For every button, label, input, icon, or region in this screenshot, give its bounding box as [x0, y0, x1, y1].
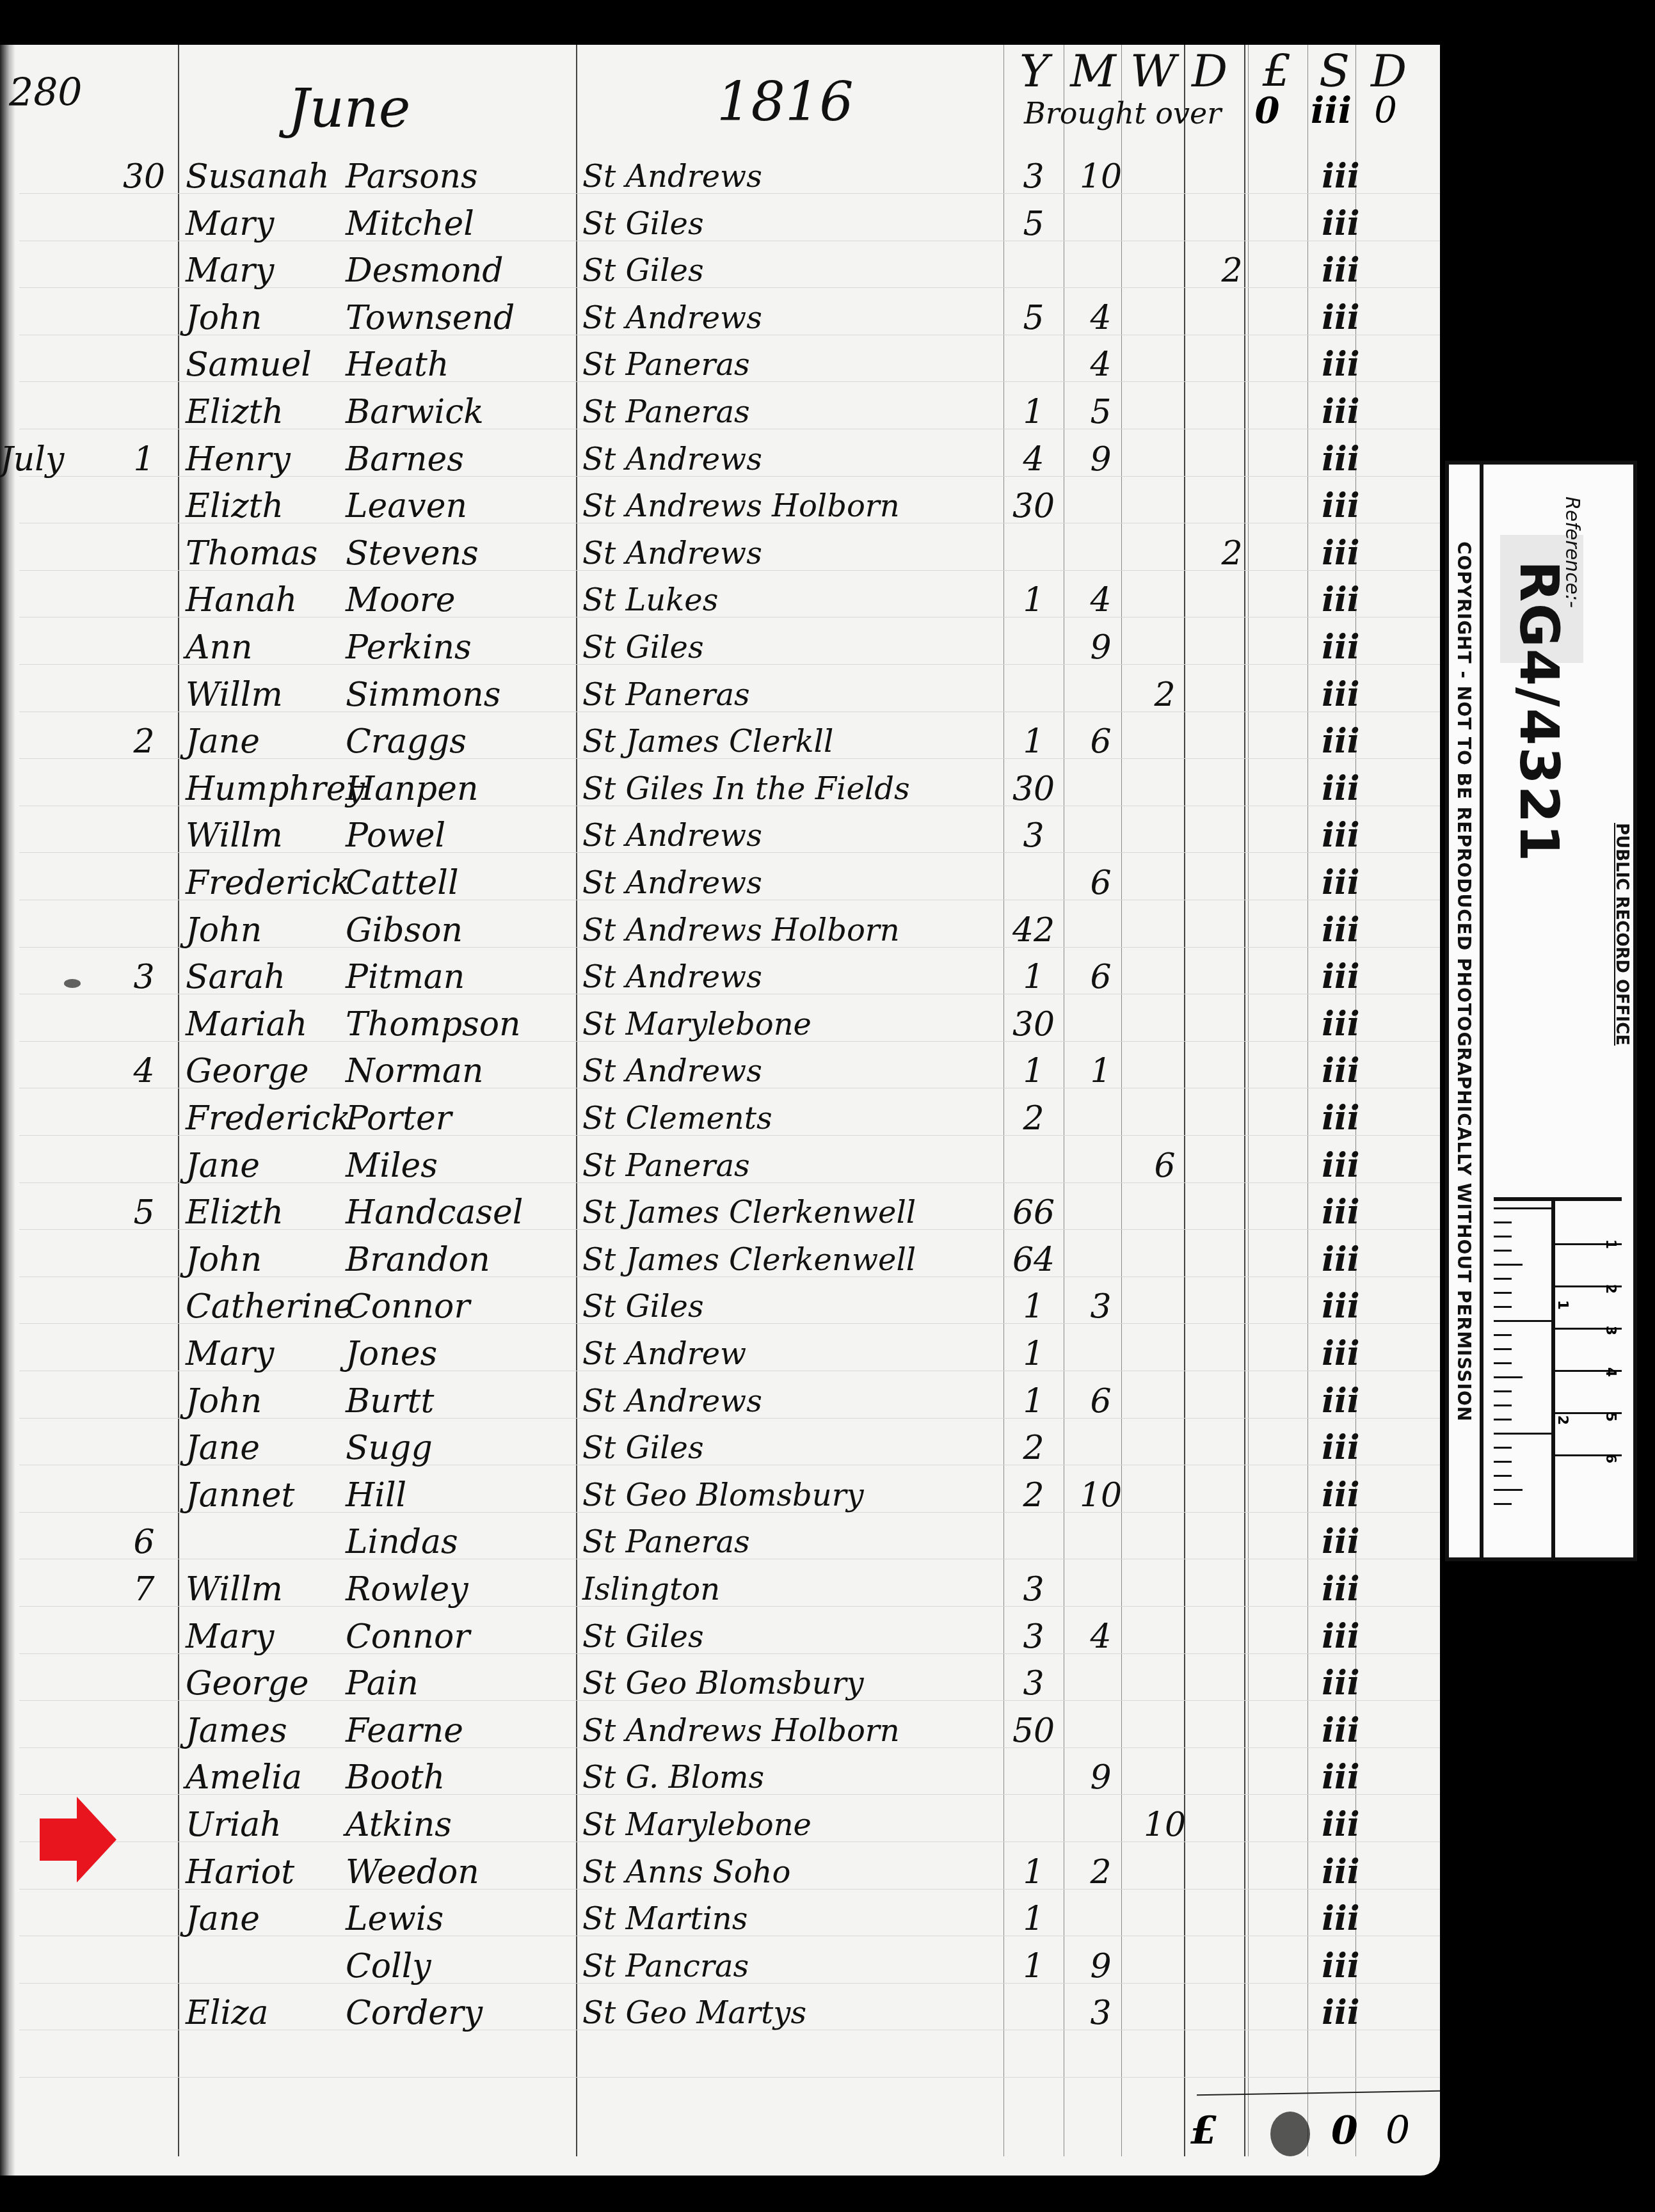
entry-age-years: 1: [998, 388, 1069, 436]
entry-row: JaneLewisSt Martins1iii: [0, 1895, 1440, 1943]
ink-spot: [64, 979, 81, 988]
entry-day: 3: [115, 953, 173, 1001]
entry-surname: Connor: [346, 1282, 576, 1331]
entry-surname: Mitchel: [346, 200, 576, 248]
entry-age-years: 42: [998, 906, 1069, 955]
ruler-tick: [1494, 1292, 1512, 1294]
entry-surname: Desmond: [346, 246, 576, 295]
entry-first-name: Hariot: [186, 1848, 352, 1897]
entry-surname: Fearne: [346, 1707, 576, 1755]
entry-age-months: 9: [1069, 1753, 1133, 1802]
entry-fee-shillings: iii: [1299, 811, 1382, 860]
entry-parish: St Giles: [582, 200, 979, 248]
entry-first-name: Jane: [186, 1424, 352, 1472]
entry-age-years: 2: [998, 1094, 1069, 1143]
entry-fee-shillings: iii: [1299, 294, 1382, 342]
entry-first-name: Ann: [186, 623, 352, 672]
ruler-cm-5: 5: [1603, 1412, 1619, 1422]
brought-over-label: Brought over: [1024, 96, 1221, 131]
entry-surname: Cordery: [346, 1989, 576, 2037]
entry-row: JamesFearneSt Andrews Holborn50iii: [0, 1707, 1440, 1755]
ruler-tick: [1494, 1376, 1523, 1378]
entry-day: 30: [115, 152, 173, 201]
entry-first-name: Willm: [186, 671, 352, 719]
entry-parish: St Geo Blomsbury: [582, 1659, 979, 1708]
ruler-tick: [1494, 1334, 1512, 1336]
entry-parish: St Andrews: [582, 294, 979, 342]
entry-row: 4GeorgeNormanSt Andrews11iii: [0, 1047, 1440, 1095]
ruler-tick: [1494, 1236, 1512, 1237]
entry-first-name: Elizth: [186, 482, 352, 530]
entry-row: July1HenryBarnesSt Andrews49iii: [0, 435, 1440, 484]
entry-parish: St Marylebone: [582, 1000, 979, 1049]
entry-fee-shillings: iii: [1299, 1471, 1382, 1520]
entry-surname: Craggs: [346, 717, 576, 766]
entry-parish: St Andrew: [582, 1330, 979, 1378]
entry-age-years: 1: [998, 1377, 1069, 1426]
highlighted-entry-row: AmeliaBoothSt G. Bloms9iii: [0, 1753, 1440, 1802]
total-pence: 0: [1386, 2108, 1410, 2153]
entry-surname: Weedon: [346, 1848, 576, 1897]
entry-first-name: Mary: [186, 1612, 352, 1661]
entry-age-months: 4: [1069, 576, 1133, 625]
entry-row: ElizaCorderySt Geo Martys3iii: [0, 1989, 1440, 2037]
entry-first-name: Susanah: [186, 152, 352, 201]
entry-parish: St Andrews: [582, 1377, 979, 1426]
entry-parish: St Andrews: [582, 953, 979, 1001]
entry-first-name: Jane: [186, 1895, 352, 1943]
entry-first-name: John: [186, 1236, 352, 1284]
entry-parish: St Andrews Holborn: [582, 1707, 979, 1755]
ruler-tick: [1494, 1489, 1523, 1491]
entry-first-name: Eliza: [186, 1989, 352, 2037]
entry-surname: Lindas: [346, 1518, 576, 1566]
month-heading: June: [288, 77, 411, 139]
entry-age-months: 9: [1069, 435, 1133, 484]
reference-code: RG4/4321: [1508, 561, 1571, 863]
entry-parish: St Paneras: [582, 340, 979, 389]
entry-surname: Simmons: [346, 671, 576, 719]
entry-fee-shillings: iii: [1299, 765, 1382, 813]
total-pounds-symbol: £: [1190, 2108, 1217, 2153]
public-record-office-label: PUBLIC RECORD OFFICE: [1612, 823, 1631, 1046]
entry-first-name: John: [186, 1377, 352, 1426]
entry-fee-shillings: iii: [1299, 1424, 1382, 1472]
year-heading: 1816: [717, 70, 854, 133]
entry-row: FrederickPorterSt Clements2iii: [0, 1094, 1440, 1143]
entry-fee-shillings: iii: [1299, 1895, 1382, 1943]
entry-age-months: 6: [1069, 717, 1133, 766]
entry-fee-shillings: iii: [1299, 671, 1382, 719]
entry-parish: St Anns Soho: [582, 1848, 979, 1897]
entry-row: CatherineConnorSt Giles13iii: [0, 1282, 1440, 1331]
entry-parish: St James Clerkenwell: [582, 1188, 979, 1237]
entry-parish: St Andrews: [582, 529, 979, 578]
entry-parish: St James Clerkenwell: [582, 1236, 979, 1284]
page-number: 280: [9, 70, 83, 115]
entry-age-years: 1: [998, 576, 1069, 625]
entry-fee-shillings: iii: [1299, 1612, 1382, 1661]
entry-first-name: Jane: [186, 717, 352, 766]
entry-surname: Sugg: [346, 1424, 576, 1472]
measurement-ruler: 1 2 1 2 3 4 5 6: [1494, 1197, 1622, 1559]
entry-parish: St Andrews: [582, 859, 979, 907]
entry-age-years: 64: [998, 1236, 1069, 1284]
ruler-tick: [1494, 1306, 1512, 1308]
entry-age-years: 1: [998, 1942, 1069, 1991]
entry-age-months: 6: [1069, 1377, 1133, 1426]
entry-surname: Moore: [346, 576, 576, 625]
entry-surname: Powel: [346, 811, 576, 860]
entry-surname: Barwick: [346, 388, 576, 436]
entry-age-years: 30: [998, 765, 1069, 813]
entry-surname: Thompson: [346, 1000, 576, 1049]
entry-fee-shillings: iii: [1299, 1753, 1382, 1802]
entry-day: 1: [115, 435, 173, 484]
entry-parish: St Giles: [582, 1282, 979, 1331]
entry-parish: St Geo Blomsbury: [582, 1471, 979, 1520]
entry-fee-shillings: iii: [1299, 906, 1382, 955]
entry-parish: Islington: [582, 1565, 979, 1614]
ruler-tick: [1494, 1278, 1512, 1280]
entry-surname: Jones: [346, 1330, 576, 1378]
reference-strip: Reference:- RG4/4321 PUBLIC RECORD OFFIC…: [1445, 461, 1637, 1561]
entry-fee-shillings: iii: [1299, 1047, 1382, 1095]
entry-first-name: Mary: [186, 200, 352, 248]
entry-age-months: 6: [1069, 953, 1133, 1001]
entry-surname: Handcasel: [346, 1188, 576, 1237]
entry-row: CollySt Pancras19iii: [0, 1942, 1440, 1991]
ruler-tick: [1494, 1207, 1551, 1209]
entry-parish: St Giles In the Fields: [582, 765, 979, 813]
entry-row: WillmSimmonsSt Paneras2iii: [0, 671, 1440, 719]
entry-parish: St Andrews: [582, 435, 979, 484]
entry-fee-shillings: iii: [1299, 1188, 1382, 1237]
entry-row: ElizthBarwickSt Paneras15iii: [0, 388, 1440, 436]
entry-age-days: 2: [1197, 529, 1267, 578]
entry-first-name: Willm: [186, 1565, 352, 1614]
entry-surname: Hanpen: [346, 765, 576, 813]
entry-row: 6LindasSt Panerasiii: [0, 1518, 1440, 1566]
entry-fee-shillings: iii: [1299, 152, 1382, 201]
ledger-page: 280 June 1816 Y M W D £ S D Brought over…: [0, 45, 1440, 2176]
entry-row: ElizthLeavenSt Andrews Holborn30iii: [0, 482, 1440, 530]
entry-fee-shillings: iii: [1299, 246, 1382, 295]
entry-fee-shillings: iii: [1299, 1282, 1382, 1331]
entry-age-years: 1: [998, 1895, 1069, 1943]
entry-surname: Stevens: [346, 529, 576, 578]
entry-surname: Pain: [346, 1659, 576, 1708]
entry-age-months: 10: [1069, 1471, 1133, 1520]
entry-surname: Leaven: [346, 482, 576, 530]
entry-age-months: 2: [1069, 1848, 1133, 1897]
entry-fee-shillings: iii: [1299, 482, 1382, 530]
entry-row: 3SarahPitmanSt Andrews16iii: [0, 953, 1440, 1001]
entry-age-days: 2: [1197, 246, 1267, 295]
entry-first-name: Jannet: [186, 1471, 352, 1520]
entry-first-name: Willm: [186, 811, 352, 860]
entry-row: MaryConnorSt Giles34iii: [0, 1612, 1440, 1661]
total-rule: [1197, 2090, 1440, 2096]
entry-row: JohnTownsendSt Andrews54iii: [0, 294, 1440, 342]
brought-over-pence: 0: [1347, 90, 1424, 131]
entry-parish: St Paneras: [582, 1142, 979, 1190]
ruler-tick: [1494, 1404, 1512, 1406]
entry-age-months: 3: [1069, 1282, 1133, 1331]
entry-surname: Porter: [346, 1094, 576, 1143]
entry-row: 2JaneCraggsSt James Clerkll16iii: [0, 717, 1440, 766]
entry-parish: St Andrews: [582, 1047, 979, 1095]
entry-row: WillmPowelSt Andrews3iii: [0, 811, 1440, 860]
entry-age-years: 30: [998, 482, 1069, 530]
entry-row: GeorgePainSt Geo Blomsbury3iii: [0, 1659, 1440, 1708]
entry-age-years: 2: [998, 1471, 1069, 1520]
entry-fee-shillings: iii: [1299, 859, 1382, 907]
ruler-tick: [1494, 1348, 1512, 1350]
entry-day: 7: [115, 1565, 173, 1614]
entry-parish: St Andrews: [582, 152, 979, 201]
entry-surname: Townsend: [346, 294, 576, 342]
strip-border: [1480, 465, 1483, 1557]
entry-age-weeks: 10: [1133, 1801, 1197, 1849]
entry-parish: St Lukes: [582, 576, 979, 625]
entry-fee-shillings: iii: [1299, 1659, 1382, 1708]
entry-row: JohnBrandonSt James Clerkenwell64iii: [0, 1236, 1440, 1284]
entry-fee-shillings: iii: [1299, 1236, 1382, 1284]
entry-parish: St Andrews Holborn: [582, 906, 979, 955]
entry-fee-shillings: iii: [1299, 1942, 1382, 1991]
entry-day: 5: [115, 1188, 173, 1237]
entry-age-years: 1: [998, 717, 1069, 766]
entry-row: JaneMilesSt Paneras6iii: [0, 1142, 1440, 1190]
entry-row: JaneSuggSt Giles2iii: [0, 1424, 1440, 1472]
ruling-line: [19, 2077, 1440, 2078]
entry-fee-shillings: iii: [1299, 529, 1382, 578]
entry-row: HariotWeedonSt Anns Soho12iii: [0, 1848, 1440, 1897]
entry-fee-shillings: iii: [1299, 1518, 1382, 1566]
entry-surname: Gibson: [346, 906, 576, 955]
entry-surname: Colly: [346, 1942, 576, 1991]
entry-first-name: Samuel: [186, 340, 352, 389]
entry-parish: St Geo Martys: [582, 1989, 979, 2037]
entry-parish: St Giles: [582, 1612, 979, 1661]
entry-age-years: 3: [998, 1565, 1069, 1614]
entry-age-years: 30: [998, 1000, 1069, 1049]
entry-parish: St Marylebone: [582, 1801, 979, 1849]
ruler-tick: [1494, 1447, 1512, 1449]
entry-age-months: 4: [1069, 1612, 1133, 1661]
entry-age-months: 1: [1069, 1047, 1133, 1095]
entry-parish: St Giles: [582, 246, 979, 295]
entry-age-years: 50: [998, 1707, 1069, 1755]
entry-row: 5ElizthHandcaselSt James Clerkenwell66ii…: [0, 1188, 1440, 1237]
entry-surname: Perkins: [346, 623, 576, 672]
ruler-tick: [1494, 1419, 1512, 1420]
entry-row: MaryMitchelSt Giles5iii: [0, 200, 1440, 248]
entry-row: AnnPerkinsSt Giles9iii: [0, 623, 1440, 672]
entry-row: UriahAtkinsSt Marylebone10iii: [0, 1801, 1440, 1849]
entry-fee-shillings: iii: [1299, 953, 1382, 1001]
entry-age-years: 3: [998, 152, 1069, 201]
entry-first-name: John: [186, 906, 352, 955]
red-arrow-icon: [40, 1797, 142, 1882]
entry-row: FrederickCattellSt Andrews6iii: [0, 859, 1440, 907]
entry-age-years: 3: [998, 1612, 1069, 1661]
entry-age-years: 2: [998, 1424, 1069, 1472]
entry-first-name: Mariah: [186, 1000, 352, 1049]
entry-first-name: Uriah: [186, 1801, 352, 1849]
ruler-cm-4: 4: [1603, 1367, 1619, 1377]
entry-surname: Barnes: [346, 435, 576, 484]
entry-age-years: 1: [998, 1330, 1069, 1378]
entry-parish: St Paneras: [582, 1518, 979, 1566]
entry-age-months: 4: [1069, 340, 1133, 389]
ruler-tick: [1494, 1320, 1551, 1322]
entry-age-weeks: 2: [1133, 671, 1197, 719]
entry-age-weeks: 6: [1133, 1142, 1197, 1190]
entry-fee-shillings: iii: [1299, 1000, 1382, 1049]
entry-row: JohnGibsonSt Andrews Holborn42iii: [0, 906, 1440, 955]
entry-age-years: 4: [998, 435, 1069, 484]
entry-parish: St Andrews Holborn: [582, 482, 979, 530]
ruler-cm-2: 2: [1603, 1284, 1619, 1294]
entry-parish: St Martins: [582, 1895, 979, 1943]
entry-row: JannetHillSt Geo Blomsbury210iii: [0, 1471, 1440, 1520]
total-shillings: 0: [1331, 2108, 1358, 2153]
entry-day: 2: [115, 717, 173, 766]
entry-fee-shillings: iii: [1299, 623, 1382, 672]
entry-parish: St Giles: [582, 1424, 979, 1472]
entry-age-years: 1: [998, 1282, 1069, 1331]
entry-row: MariahThompsonSt Marylebone30iii: [0, 1000, 1440, 1049]
entry-parish: St Clements: [582, 1094, 979, 1143]
entry-row: MaryJonesSt Andrew1iii: [0, 1330, 1440, 1378]
entry-fee-shillings: iii: [1299, 1142, 1382, 1190]
entry-surname: Atkins: [346, 1801, 576, 1849]
entry-parish: St G. Bloms: [582, 1753, 979, 1802]
entry-first-name: Mary: [186, 246, 352, 295]
entry-surname: Heath: [346, 340, 576, 389]
entry-first-name: Humphrey: [186, 765, 352, 813]
entry-day: 4: [115, 1047, 173, 1095]
entry-fee-shillings: iii: [1299, 1707, 1382, 1755]
entry-fee-shillings: iii: [1299, 1330, 1382, 1378]
entry-age-years: 1: [998, 1047, 1069, 1095]
ruler-cm-1: 1: [1603, 1239, 1619, 1249]
copyright-notice: COPYRIGHT - NOT TO BE REPRODUCED PHOTOGR…: [1453, 541, 1475, 1422]
entry-parish: St Andrews: [582, 811, 979, 860]
entry-parish: St Giles: [582, 623, 979, 672]
entry-surname: Brandon: [346, 1236, 576, 1284]
entry-surname: Miles: [346, 1142, 576, 1190]
entry-first-name: Elizth: [186, 388, 352, 436]
entry-first-name: Elizth: [186, 1188, 352, 1237]
entry-month: July: [0, 435, 96, 484]
ruler-tick: [1494, 1264, 1523, 1266]
entry-first-name: Henry: [186, 435, 352, 484]
entry-fee-shillings: iii: [1299, 200, 1382, 248]
entry-row: HumphreyHanpenSt Giles In the Fields30ii…: [0, 765, 1440, 813]
entry-first-name: George: [186, 1659, 352, 1708]
entry-fee-shillings: iii: [1299, 576, 1382, 625]
ruler-cm-6: 6: [1603, 1454, 1619, 1463]
entry-age-years: 66: [998, 1188, 1069, 1237]
entry-fee-shillings: iii: [1299, 1801, 1382, 1849]
entry-first-name: Frederick: [186, 1094, 352, 1143]
entry-row: 7WillmRowleyIslington3iii: [0, 1565, 1440, 1614]
entry-row: MaryDesmondSt Giles2iii: [0, 246, 1440, 295]
ruler-tick: [1494, 1433, 1551, 1435]
entry-surname: Rowley: [346, 1565, 576, 1614]
entry-fee-shillings: iii: [1299, 717, 1382, 766]
entry-parish: St Paneras: [582, 388, 979, 436]
entry-parish: St Paneras: [582, 671, 979, 719]
ruler-divider: [1551, 1201, 1555, 1559]
entry-parish: St James Clerkll: [582, 717, 979, 766]
entry-parish: St Pancras: [582, 1942, 979, 1991]
entry-fee-shillings: iii: [1299, 1094, 1382, 1143]
entry-first-name: George: [186, 1047, 352, 1095]
entry-age-years: 5: [998, 294, 1069, 342]
entry-age-months: 6: [1069, 859, 1133, 907]
ruler-tick: [1494, 1390, 1512, 1392]
entry-age-months: 4: [1069, 294, 1133, 342]
entry-fee-shillings: iii: [1299, 435, 1382, 484]
entry-first-name: Catherine: [186, 1282, 352, 1331]
entry-age-months: 9: [1069, 623, 1133, 672]
entry-age-years: 1: [998, 953, 1069, 1001]
entry-row: SamuelHeathSt Paneras4iii: [0, 340, 1440, 389]
entry-row: 30SusanahParsonsSt Andrews310iii: [0, 152, 1440, 201]
entry-fee-shillings: iii: [1299, 388, 1382, 436]
entry-first-name: James: [186, 1707, 352, 1755]
entry-surname: Booth: [346, 1753, 576, 1802]
entry-first-name: Thomas: [186, 529, 352, 578]
entry-surname: Hill: [346, 1471, 576, 1520]
entry-age-months: 5: [1069, 388, 1133, 436]
entry-surname: Lewis: [346, 1895, 576, 1943]
entry-surname: Burtt: [346, 1377, 576, 1426]
ruler-tick: [1494, 1221, 1512, 1223]
ruler-tick: [1494, 1362, 1512, 1364]
entry-surname: Norman: [346, 1047, 576, 1095]
entry-surname: Pitman: [346, 953, 576, 1001]
ruler-tick: [1494, 1503, 1512, 1505]
entry-age-years: 5: [998, 200, 1069, 248]
entry-fee-shillings: iii: [1299, 1848, 1382, 1897]
ruler-tick: [1494, 1461, 1512, 1463]
entry-first-name: Sarah: [186, 953, 352, 1001]
entry-fee-shillings: iii: [1299, 340, 1382, 389]
entry-fee-shillings: iii: [1299, 1989, 1382, 2037]
entry-age-years: 1: [998, 1848, 1069, 1897]
ruler-tick: [1494, 1475, 1512, 1477]
entry-first-name: John: [186, 294, 352, 342]
entry-age-years: 3: [998, 1659, 1069, 1708]
entry-first-name: Hanah: [186, 576, 352, 625]
entry-surname: Connor: [346, 1612, 576, 1661]
ruler-inch-1: 1: [1555, 1300, 1571, 1310]
entry-fee-shillings: iii: [1299, 1377, 1382, 1426]
entry-row: ThomasStevensSt Andrews2iii: [0, 529, 1440, 578]
entry-surname: Cattell: [346, 859, 576, 907]
entry-age-years: 3: [998, 811, 1069, 860]
entry-surname: Parsons: [346, 152, 576, 201]
entry-fee-shillings: iii: [1299, 1565, 1382, 1614]
entry-first-name: Jane: [186, 1142, 352, 1190]
entry-row: JohnBurttSt Andrews16iii: [0, 1377, 1440, 1426]
ruler-cm-3: 3: [1603, 1326, 1619, 1335]
